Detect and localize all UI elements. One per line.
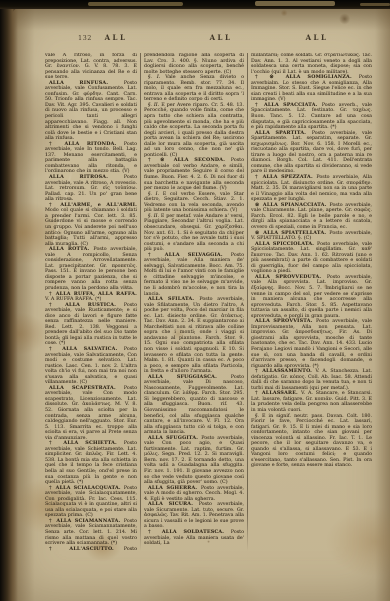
entry-headword: ALLA RINFUSA. xyxy=(49,80,124,86)
entry-headword: ※ ALLA SPIANACCIATA. xyxy=(255,202,329,208)
section-mark: §. II. xyxy=(148,103,161,108)
entry-headword: ALLA SGHERRA. xyxy=(148,485,201,491)
entry-headword: † ALLA SCIALACQUATA. xyxy=(49,485,124,491)
entry-headword: † ALL'ASCIUTTO. xyxy=(49,546,124,551)
entry-headword: ALLA SFUGGITA. xyxy=(148,435,201,441)
sub-section-paragraph: §. E in signif. neutr. pass. Davan. Colt… xyxy=(251,414,372,469)
dictionary-entry: ALLA SGHERRA. Posto avverbiale, vale A m… xyxy=(144,486,244,503)
sub-section-paragraph: §. I. Vale anche Senza divieto o riparam… xyxy=(144,75,244,103)
section-mark: §. II. xyxy=(148,214,161,219)
entry-headword: † ALLA RUSTICA. xyxy=(49,302,124,308)
dictionary-entry: ALLA SFUGGIASCA. Posto avverbiale, vale … xyxy=(144,375,244,436)
book-top-edge xyxy=(0,0,390,9)
entry-headword: ALLA SICURA. xyxy=(148,501,199,507)
entry-headword: † ALLA SCIAMANNATA. xyxy=(49,518,124,524)
entry-headword: † ALLA RITONDA. xyxy=(49,141,124,147)
book-scan: 132 ALL ALL ALL vale A ritroso, in forza… xyxy=(0,0,390,601)
entry-headword: † ALLA SCHIETTA. xyxy=(49,440,124,446)
entry-headword: ALLA SPROVVEDUTA. xyxy=(255,274,327,280)
entry-headword: ALLA SPARTITA. xyxy=(255,130,312,136)
continuation-paragraph: vale A ritroso, in forza di preposizione… xyxy=(45,53,137,81)
running-head-col1: ALL xyxy=(105,33,128,42)
entry-headword: ALLA ROTTA. xyxy=(49,246,93,252)
entry-headword: † ALL'ARME, e ALL'ARMI. xyxy=(49,202,137,208)
text-column-1: vale A ritroso, in forza di preposizione… xyxy=(45,53,137,551)
dictionary-entry: † ALLA SPEZZATA. Posto avverbiale, Alla … xyxy=(251,175,372,203)
entry-headword: † ALLA SALVATICA. xyxy=(49,346,124,352)
dictionary-entry: ALLA SICURA. Posto avverbiale, vale Sicu… xyxy=(144,502,244,530)
page-edge-fragment xyxy=(255,1,335,6)
text-column-3: millantarsi; come soldati. Gr. στρατιωτι… xyxy=(251,53,372,551)
dictionary-entry: ALLA SPROVVISTA. Posto avverbiale, vale … xyxy=(251,319,372,369)
dictionary-entry: † ALLA SCIAMANNATA. Posto avverbiale, va… xyxy=(45,519,137,547)
page-number: 132 xyxy=(78,34,92,42)
dictionary-entry: ALLA SPICCIOLATA. Posto avverbiale, vale… xyxy=(251,242,372,275)
column-rule xyxy=(140,53,141,551)
entry-headword: † ALLASSAMENTO. xyxy=(255,368,315,374)
dictionary-entry: † ALLA RUSTICA. Posto avverbiale, vale R… xyxy=(45,303,137,347)
entry-headword: † ALLASSARE. xyxy=(255,390,301,396)
running-head-col3: ALL xyxy=(306,33,329,42)
dictionary-entry: † ALLA SALVATICA. Posto avverbiale, vale… xyxy=(45,347,137,386)
dictionary-page: 132 ALL ALL ALL vale A ritroso, in forza… xyxy=(12,7,390,601)
text-column-2: prendendola ragione alla scoperta di Lav… xyxy=(144,53,244,551)
column-rule xyxy=(247,53,248,551)
dictionary-entry: ALLA SFILATA. Posto avverbiale, vale Sfi… xyxy=(144,297,244,375)
dictionary-entry: † ※ ALLA SOMIGLIANZA. Posto avverbialm. … xyxy=(251,75,372,103)
dictionary-entry: ALLA SCAPESTRATA. Posto avverbiale, vale… xyxy=(45,386,137,441)
dictionary-entry: ALLA SPARTITA. Posto avverbiale, vale Sp… xyxy=(251,131,372,175)
section-mark: §. I. xyxy=(148,192,163,197)
book-spine-edge xyxy=(0,0,18,601)
page-edge-fragment xyxy=(360,3,390,6)
dictionary-entry: † ALLA SELVAGGIA. Posto avverbiale, vale… xyxy=(144,253,244,297)
dictionary-entry: ALLA RINFUSA. Posto avverbiale, vale Con… xyxy=(45,81,137,142)
dictionary-entry: ※ ALLA SPIANACCIATA. Posto avverbiale, v… xyxy=(251,203,372,231)
entry-headword: † ※ ALLA SOMIGLIANZA. xyxy=(255,74,359,80)
dictionary-entry: † ALLA RITONDA. Posto avverbiale, vale I… xyxy=(45,142,137,175)
entry-headword: ※ ALLA SPIATTELLATA. xyxy=(255,230,329,236)
entry-headword: † ALLA SOLDATESCA. xyxy=(148,529,231,535)
continuation-paragraph: millantarsi; come soldati. Gr. στρατιωτι… xyxy=(251,53,372,75)
entry-headword: ALLA RITROSA. xyxy=(49,174,124,180)
entry-headword: ALLA SPROVVISTA. xyxy=(255,318,316,324)
entry-headword: ALLA SPICCIOLATA. xyxy=(255,241,317,247)
dictionary-entry: † ALL'ARME, e ALL'ARMI. Modo col quale s… xyxy=(45,203,137,247)
dictionary-entry: † ALLA SPACCIATA. Posto avverb., vale Sp… xyxy=(251,103,372,131)
text-block: vale A ritroso, in forza di preposizione… xyxy=(45,53,372,551)
continuation-paragraph: prendendola ragione alla scoperta di Lav… xyxy=(144,53,244,75)
sub-section-paragraph: §. II. E per Avere riparo. Cr. 5. 48. 13… xyxy=(144,103,244,158)
entry-headword: ALLA SFILATA. xyxy=(148,296,199,302)
section-mark: §. xyxy=(255,414,262,419)
dictionary-entry: † ALLA SCHIETTA. Posto avverbiale, vale … xyxy=(45,441,137,485)
page-edge-fragment xyxy=(88,2,183,6)
dictionary-entry: † ALL'ASCIUTTO. Posto avverbiale, vale I… xyxy=(45,547,137,551)
dictionary-entry: † ALLASSAMENTO. V. A. Stanchezza. Lat. d… xyxy=(251,369,372,391)
section-mark: §. I. xyxy=(148,75,165,80)
entry-headword: † ALLA RUFFA, ALLA RAFFA. xyxy=(49,291,137,297)
entry-headword: † ALLA SPACCIATA. xyxy=(255,102,322,108)
dictionary-entry: † ALLASSARE. V. A. Stancare, e Stancarsi… xyxy=(251,391,372,413)
running-head-col2: ALL xyxy=(210,33,233,42)
dictionary-entry: ALLA RITROSA. Posto avverbiale, vale A r… xyxy=(45,175,137,203)
dictionary-entry: ALLA ROTTA. Posto avverbiale, vale A rom… xyxy=(45,247,137,291)
dictionary-entry: † ALLA SCIALACQUATA. Posto avverbiale, v… xyxy=(45,486,137,519)
dictionary-entry: ALLA SFUGGITA. Posto avverbiale, vale Co… xyxy=(144,436,244,486)
entry-headword: ALLA SCAPESTRATA. xyxy=(49,385,124,391)
entry-headword: † ※ ALLA SECONDA. xyxy=(148,157,231,163)
dictionary-entry: † ALLA SOLDATESCA. Posto avverbiale, val… xyxy=(144,530,244,547)
entry-headword: † ALLA SPEZZATA. xyxy=(255,174,316,180)
entry-headword: † ALLA SELVAGGIA. xyxy=(148,252,231,258)
sub-section-paragraph: §. I. E col verbo Essere, vale Star diet… xyxy=(144,192,244,214)
entry-headword: ALLA SFUGGIASCA. xyxy=(148,374,231,380)
dictionary-entry: † ※ ALLA SECONDA. Posto avverbiale col v… xyxy=(144,158,244,191)
dictionary-entry: ALLA SPROVVEDUTA. Posto avverbiale, vale… xyxy=(251,275,372,319)
sub-section-paragraph: §. II. E per metaf. vale Andare a' versi… xyxy=(144,214,244,253)
